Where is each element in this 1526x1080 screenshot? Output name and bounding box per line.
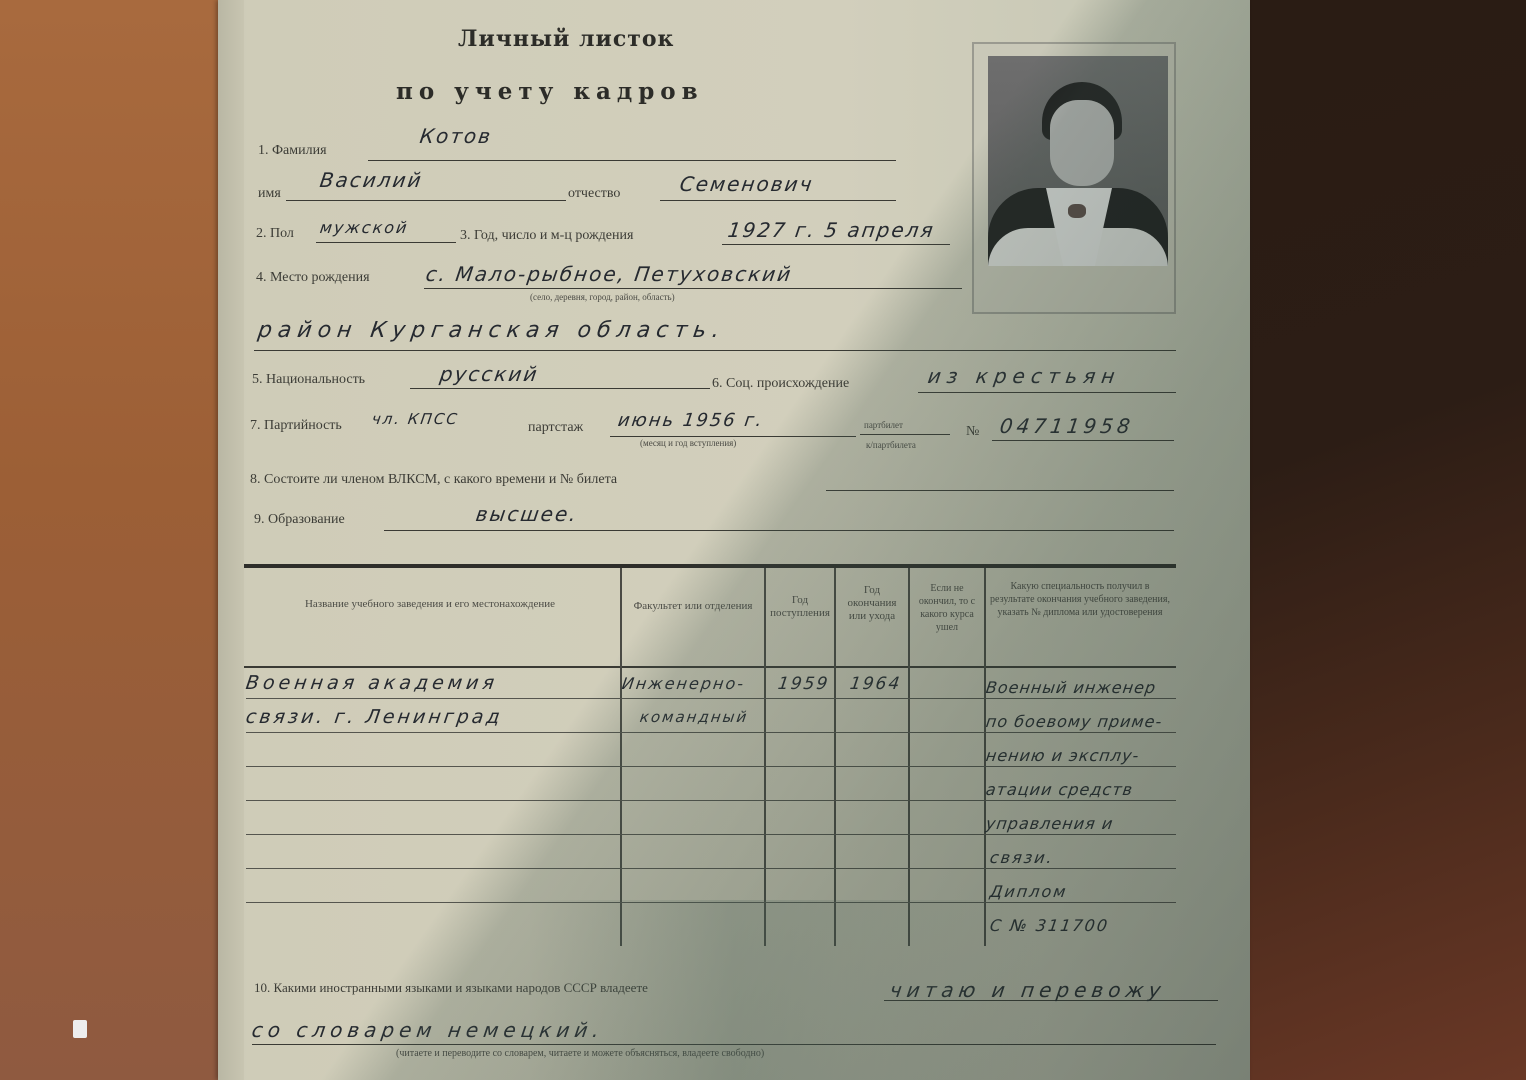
row-line: [246, 834, 1176, 835]
nationality-value[interactable]: русский: [438, 362, 540, 386]
table-top-border: [244, 564, 1176, 568]
header-year-end: Год окончания или ухода: [840, 584, 904, 623]
sex-value[interactable]: мужской: [319, 218, 410, 237]
party-number-line: [992, 440, 1174, 441]
row-faculty-line-1[interactable]: Инженерно-: [621, 674, 747, 693]
header-institution: Название учебного заведения и его местон…: [300, 598, 560, 611]
languages-value-2[interactable]: со словарем немецкий.: [250, 1018, 605, 1042]
row-faculty-line-2[interactable]: командный: [639, 708, 750, 726]
birth-place-line-2: [254, 350, 1176, 351]
paper-fleck: [73, 1020, 87, 1038]
social-origin-line: [918, 392, 1176, 393]
birth-place-value-1[interactable]: с. Мало-рыбное, Петуховский: [424, 262, 794, 286]
education-line: [384, 530, 1174, 531]
header-course-left: Если не окончил, то с какого курса ушел: [912, 582, 982, 634]
birth-place-line-1: [424, 288, 962, 289]
party-number-value[interactable]: 04711958: [998, 414, 1135, 438]
nationality-label: 5. Национальность: [252, 372, 365, 388]
languages-value-1[interactable]: читаю и перевожу: [888, 978, 1167, 1002]
party-card-label: партбилет: [864, 420, 903, 430]
languages-label: 10. Какими иностранными языками и языкам…: [254, 980, 648, 996]
nationality-line: [410, 388, 710, 389]
table-header-border: [244, 666, 1176, 668]
row-specialty-line-6[interactable]: связи.: [989, 848, 1056, 867]
party-label: 7. Партийность: [250, 418, 342, 434]
row-line: [246, 732, 1176, 733]
sex-line: [316, 242, 456, 243]
party-number-label: №: [966, 424, 979, 440]
header-faculty: Факультет или отделения: [626, 600, 760, 613]
party-stage-line: [610, 436, 856, 437]
desk-shadow: [1250, 0, 1526, 1080]
row-specialty-line-5[interactable]: управления и: [985, 814, 1115, 833]
birth-place-label: 4. Место рождения: [256, 270, 370, 286]
row-line: [246, 766, 1176, 767]
header-specialty: Какую специальность получил в результате…: [988, 580, 1172, 619]
birth-place-hint: (село, деревня, город, район, область): [530, 292, 675, 302]
party-stage-value[interactable]: июнь 1956 г.: [617, 410, 766, 431]
col-divider: [764, 568, 766, 946]
languages-hint: (читаете и переводите со словарем, читае…: [396, 1048, 764, 1059]
header-year-start: Год поступления: [770, 594, 830, 620]
education-value[interactable]: высшее.: [474, 502, 579, 526]
row-specialty-line-3[interactable]: нению и эксплу-: [985, 746, 1141, 765]
birth-place-value-2[interactable]: район Курганская область.: [256, 318, 727, 343]
first-name-value[interactable]: Василий: [318, 168, 424, 192]
birth-date-label: 3. Год, число и м-ц рождения: [460, 228, 633, 244]
patronymic-label: отчество: [568, 186, 620, 202]
party-card-line: [860, 434, 950, 435]
portrait-photo-icon: [988, 56, 1168, 266]
komsomol-label: 8. Состоите ли членом ВЛКСМ, с какого вр…: [250, 472, 617, 488]
row-institution-line-1[interactable]: Военная академия: [244, 672, 499, 694]
row-line: [246, 698, 1176, 699]
patronymic-value[interactable]: Семенович: [678, 172, 815, 196]
sex-label: 2. Пол: [256, 226, 294, 242]
col-divider: [834, 568, 836, 946]
party-card-hint: к/партбилета: [866, 440, 916, 450]
col-divider: [908, 568, 910, 946]
birth-date-line: [722, 244, 950, 245]
row-specialty-line-1[interactable]: Военный инженер: [985, 678, 1158, 697]
patronymic-line: [660, 200, 896, 201]
surname-value[interactable]: Котов: [418, 124, 493, 148]
birth-date-value[interactable]: 1927 г. 5 апреля: [726, 218, 936, 242]
row-specialty-line-7[interactable]: Диплом: [989, 882, 1069, 901]
party-value[interactable]: чл. КПСС: [371, 410, 460, 428]
party-stage-label: партстаж: [528, 420, 583, 436]
komsomol-line: [826, 490, 1174, 491]
languages-line-2: [252, 1044, 1216, 1045]
row-line: [246, 902, 1176, 903]
form-title: Личный листок: [458, 26, 674, 52]
surname-line: [368, 160, 896, 161]
form-subtitle: по учету кадров: [396, 78, 704, 105]
party-stage-hint: (месяц и год вступления): [640, 438, 736, 448]
row-institution-line-2[interactable]: связи. г. Ленинград: [244, 706, 504, 728]
row-year-start[interactable]: 1959: [777, 674, 831, 694]
education-label: 9. Образование: [254, 512, 345, 528]
social-origin-value[interactable]: из крестьян: [926, 364, 1122, 388]
social-origin-label: 6. Соц. происхождение: [712, 376, 849, 392]
surname-label: 1. Фамилия: [258, 143, 327, 159]
first-name-line: [286, 200, 566, 201]
col-divider: [620, 568, 622, 946]
row-year-end[interactable]: 1964: [849, 674, 903, 694]
row-line: [246, 800, 1176, 801]
row-specialty-line-8[interactable]: С № 311700: [989, 916, 1111, 935]
row-specialty-line-4[interactable]: атации средств: [985, 780, 1135, 799]
row-specialty-line-2[interactable]: по боевому приме-: [985, 712, 1164, 731]
first-name-label: имя: [258, 186, 281, 202]
row-line: [246, 868, 1176, 869]
paper-edge: [218, 0, 244, 1080]
